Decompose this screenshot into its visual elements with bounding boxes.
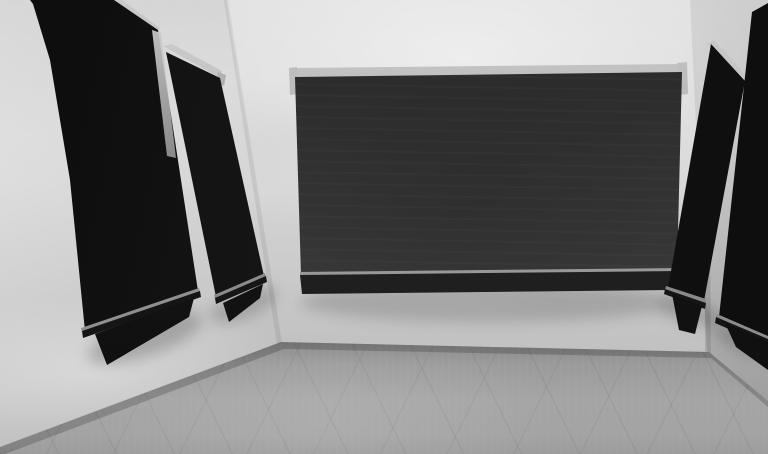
photo-empty-room-with-blackboards — [0, 0, 768, 454]
